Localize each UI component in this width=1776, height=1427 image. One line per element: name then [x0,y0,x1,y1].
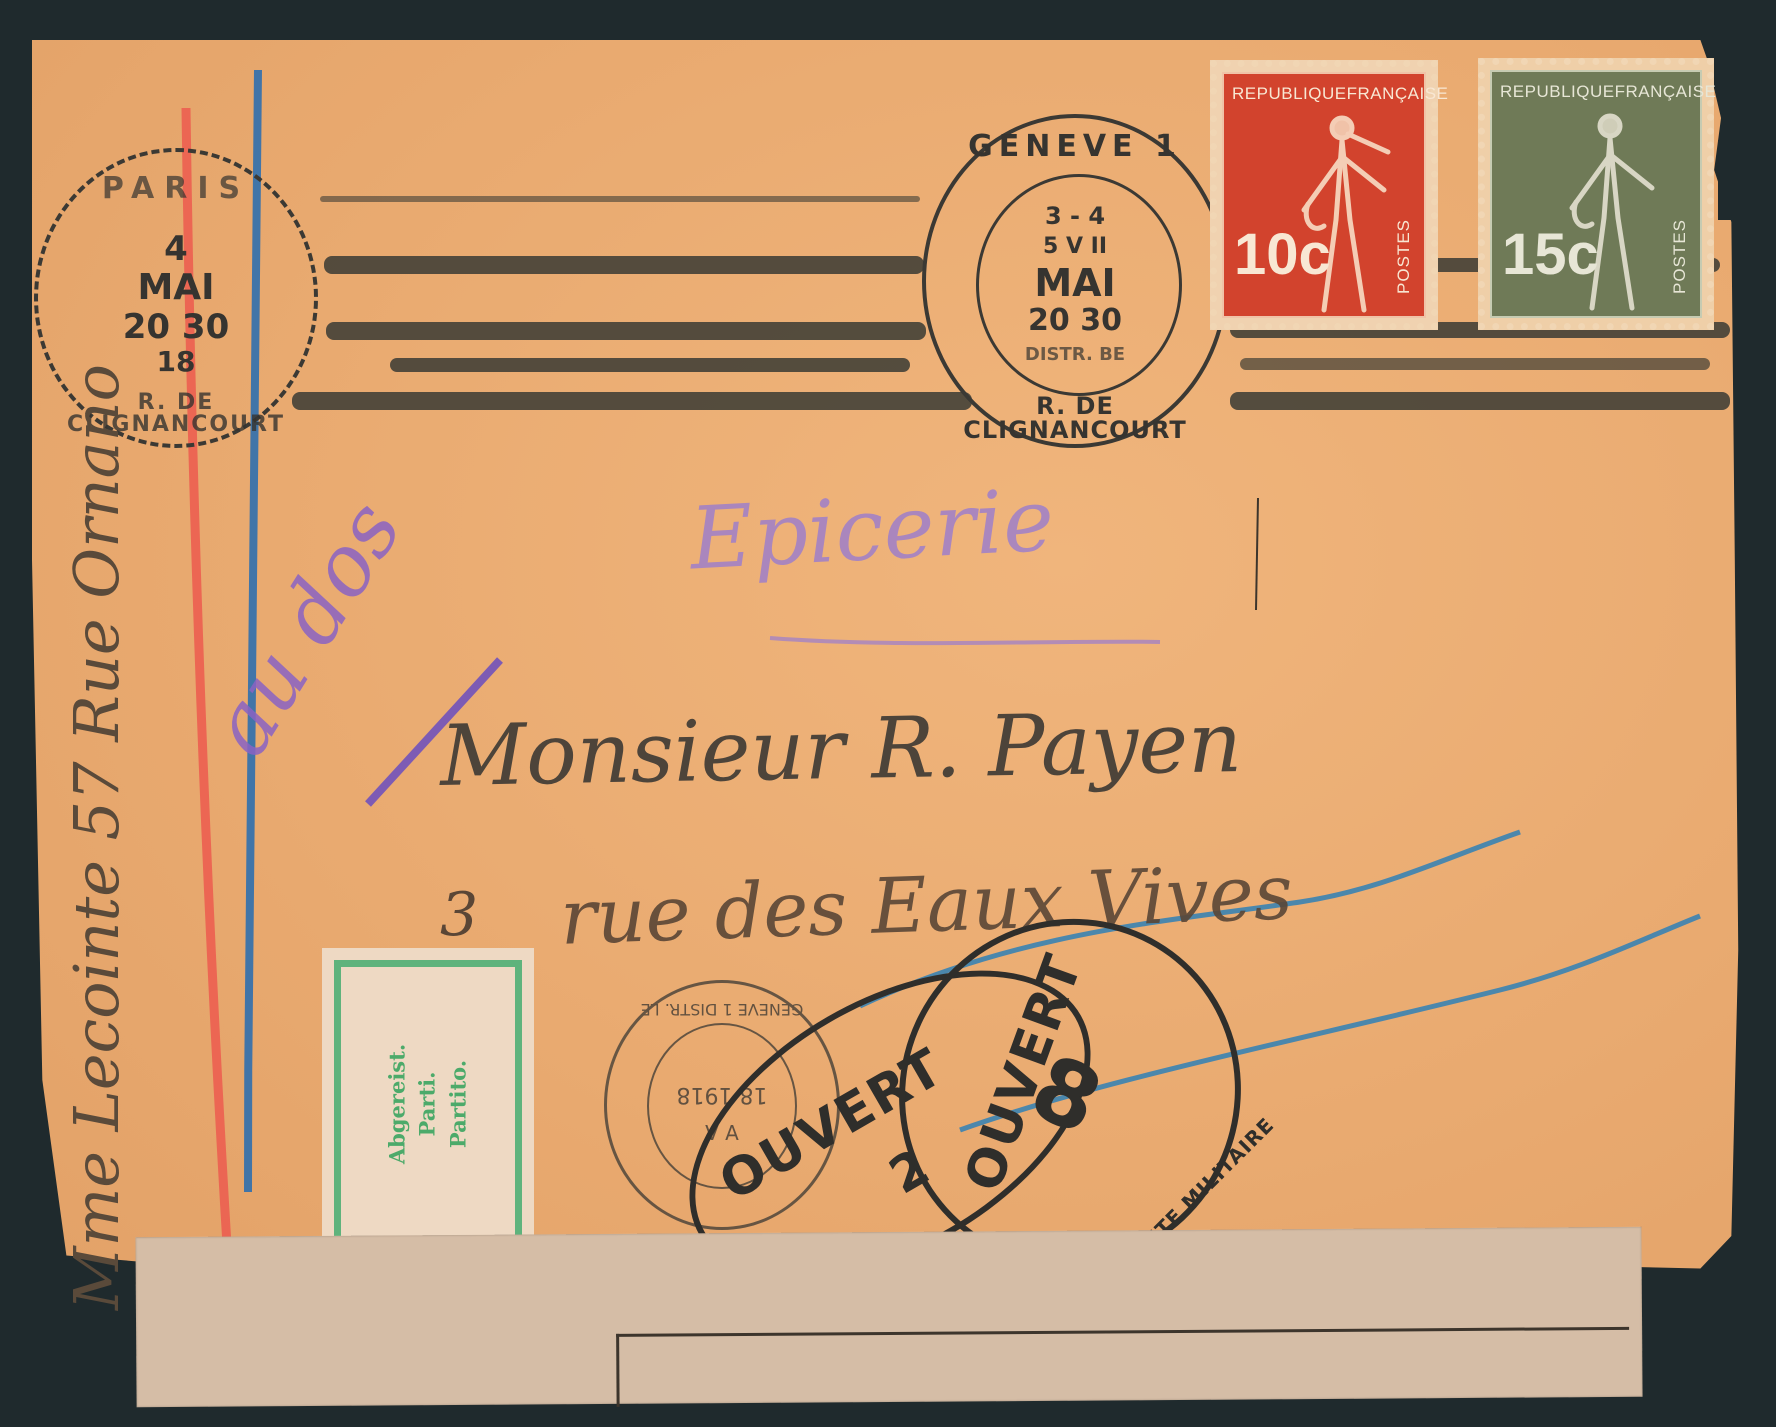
addressee-name: Monsieur R. Payen [439,693,1243,805]
label-line-german: Abgereist. [382,1044,412,1164]
flap-address-box [616,1327,1629,1407]
label-line-french: Parti. [413,1044,443,1164]
sender-address: Mme Lecointe 57 Rue Ornano [60,364,133,1310]
envelope-flap [135,1227,1642,1408]
addressee-number: 3 [440,880,478,950]
returned-label: Abgereist. Parti. Partito. [322,948,534,1260]
label-line-italian: Partito. [443,1044,473,1164]
